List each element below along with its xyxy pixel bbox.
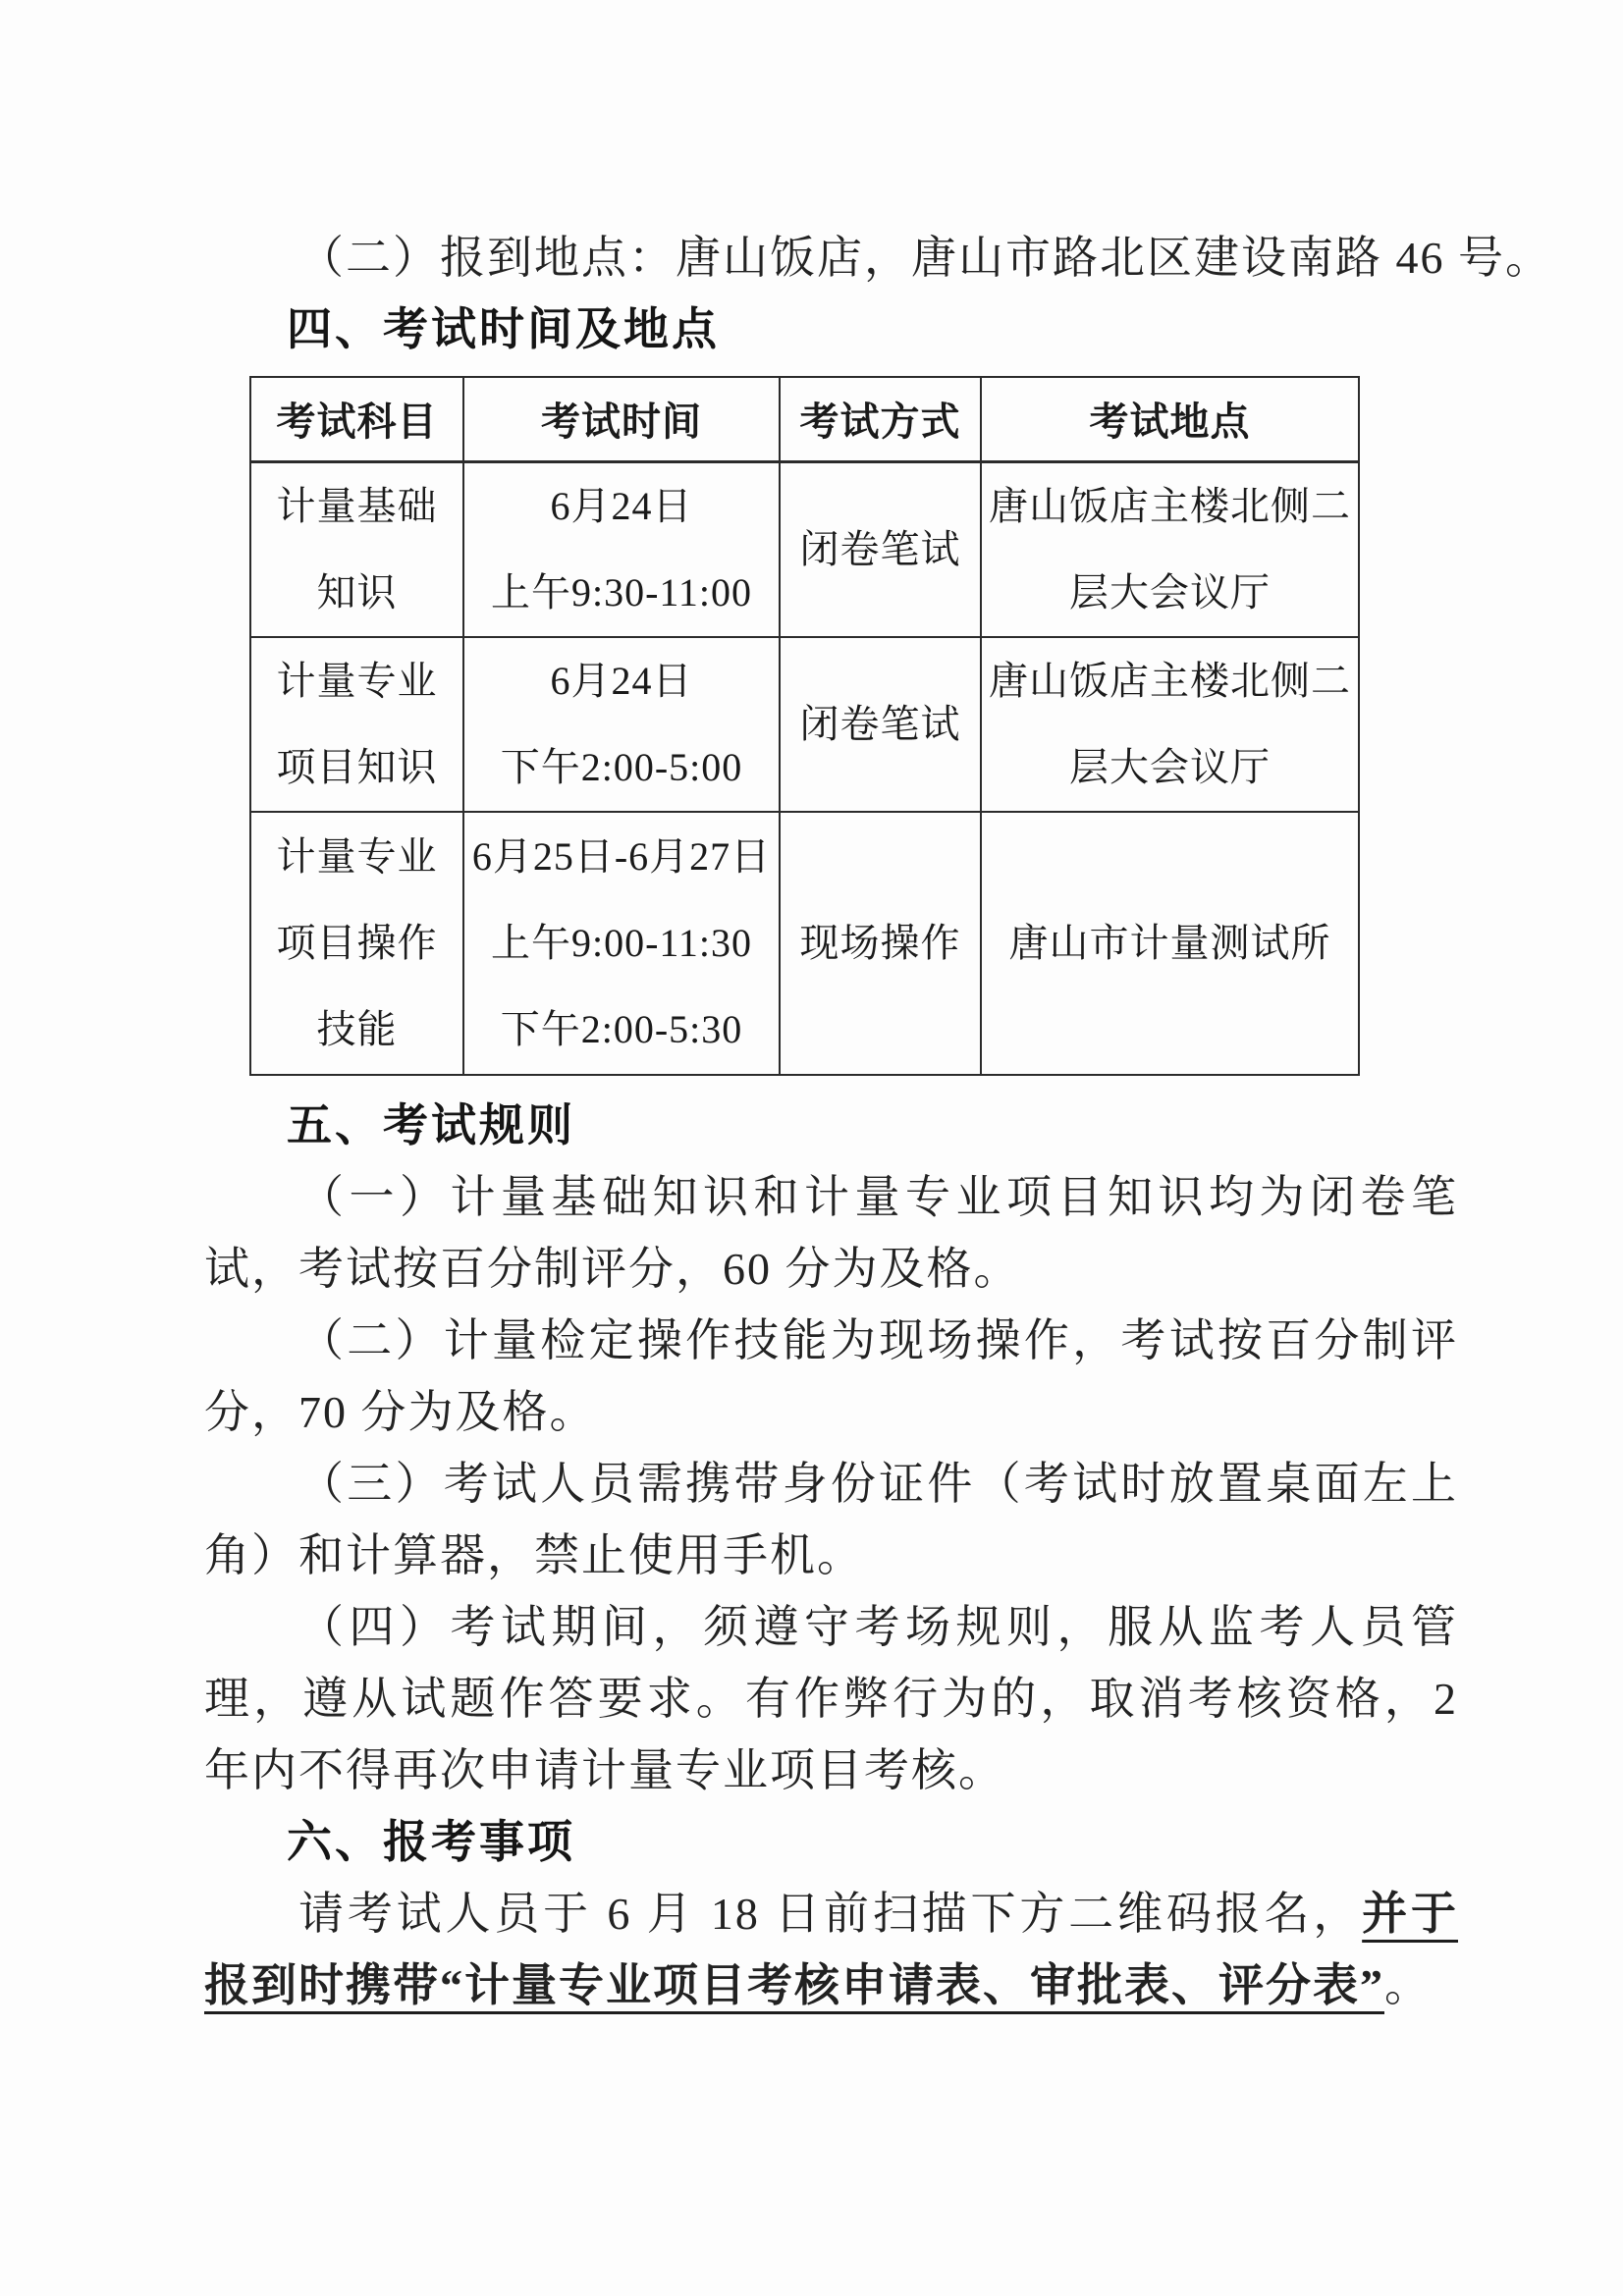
table-header-row: 考试科目 考试时间 考试方式 考试地点 <box>250 377 1359 461</box>
table-row: 计量专业 项目操作 技能 6月25日-6月27日 上午9:00-11:30 下午… <box>250 812 1359 1075</box>
rule-paragraph-1: （一）计量基础知识和计量专业项目知识均为闭卷笔试，考试按百分制评分，60 分为及… <box>204 1161 1458 1305</box>
cell-time: 6月25日-6月27日 上午9:00-11:30 下午2:00-5:30 <box>463 812 780 1075</box>
signup-notice-period: 。 <box>1384 1960 1432 2010</box>
signup-notice-plain-text: 请考试人员于 6 月 18 日前扫描下方二维码报名， <box>298 1889 1362 1939</box>
cell-method: 闭卷笔试 <box>780 461 981 637</box>
document-page: （二）报到地点：唐山饭店，唐山市路北区建设南路 46 号。 四、考试时间及地点 … <box>0 0 1623 2021</box>
section-5-heading: 五、考试规则 <box>287 1090 1458 1161</box>
column-header-exam-subject: 考试科目 <box>250 377 463 461</box>
signup-notice-paragraph: 请考试人员于 6 月 18 日前扫描下方二维码报名，并于报到时携带“计量专业项目… <box>204 1878 1458 2021</box>
section-4-heading: 四、考试时间及地点 <box>287 294 1458 365</box>
rule-paragraph-2: （二）计量检定操作技能为现场操作，考试按百分制评分，70 分为及格。 <box>204 1305 1458 1448</box>
cell-location: 唐山饭店主楼北侧二 层大会议厅 <box>981 461 1359 637</box>
rule-paragraph-4: （四）考试期间，须遵守考场规则，服从监考人员管理，遵从试题作答要求。有作弊行为的… <box>204 1591 1458 1806</box>
cell-subject: 计量专业 项目操作 技能 <box>250 812 463 1075</box>
table-row: 计量基础 知识 6月24日 上午9:30-11:00 闭卷笔试 唐山饭店主楼北侧… <box>250 461 1359 637</box>
cell-method: 闭卷笔试 <box>780 637 981 812</box>
cell-location: 唐山市计量测试所 <box>981 812 1359 1075</box>
cell-subject: 计量基础 知识 <box>250 461 463 637</box>
cell-method: 现场操作 <box>780 812 981 1075</box>
exam-schedule-table: 考试科目 考试时间 考试方式 考试地点 计量基础 知识 6月24日 上午9:30… <box>249 376 1360 1076</box>
cell-time: 6月24日 下午2:00-5:00 <box>463 637 780 812</box>
cell-time: 6月24日 上午9:30-11:00 <box>463 461 780 637</box>
section-6-heading: 六、报考事项 <box>287 1806 1458 1878</box>
column-header-exam-method: 考试方式 <box>780 377 981 461</box>
table-row: 计量专业 项目知识 6月24日 下午2:00-5:00 闭卷笔试 唐山饭店主楼北… <box>250 637 1359 812</box>
column-header-exam-location: 考试地点 <box>981 377 1359 461</box>
report-location-paragraph: （二）报到地点：唐山饭店，唐山市路北区建设南路 46 号。 <box>204 222 1458 294</box>
column-header-exam-time: 考试时间 <box>463 377 780 461</box>
cell-subject: 计量专业 项目知识 <box>250 637 463 812</box>
cell-location: 唐山饭店主楼北侧二 层大会议厅 <box>981 637 1359 812</box>
rule-paragraph-3: （三）考试人员需携带身份证件（考试时放置桌面左上角）和计算器，禁止使用手机。 <box>204 1448 1458 1591</box>
